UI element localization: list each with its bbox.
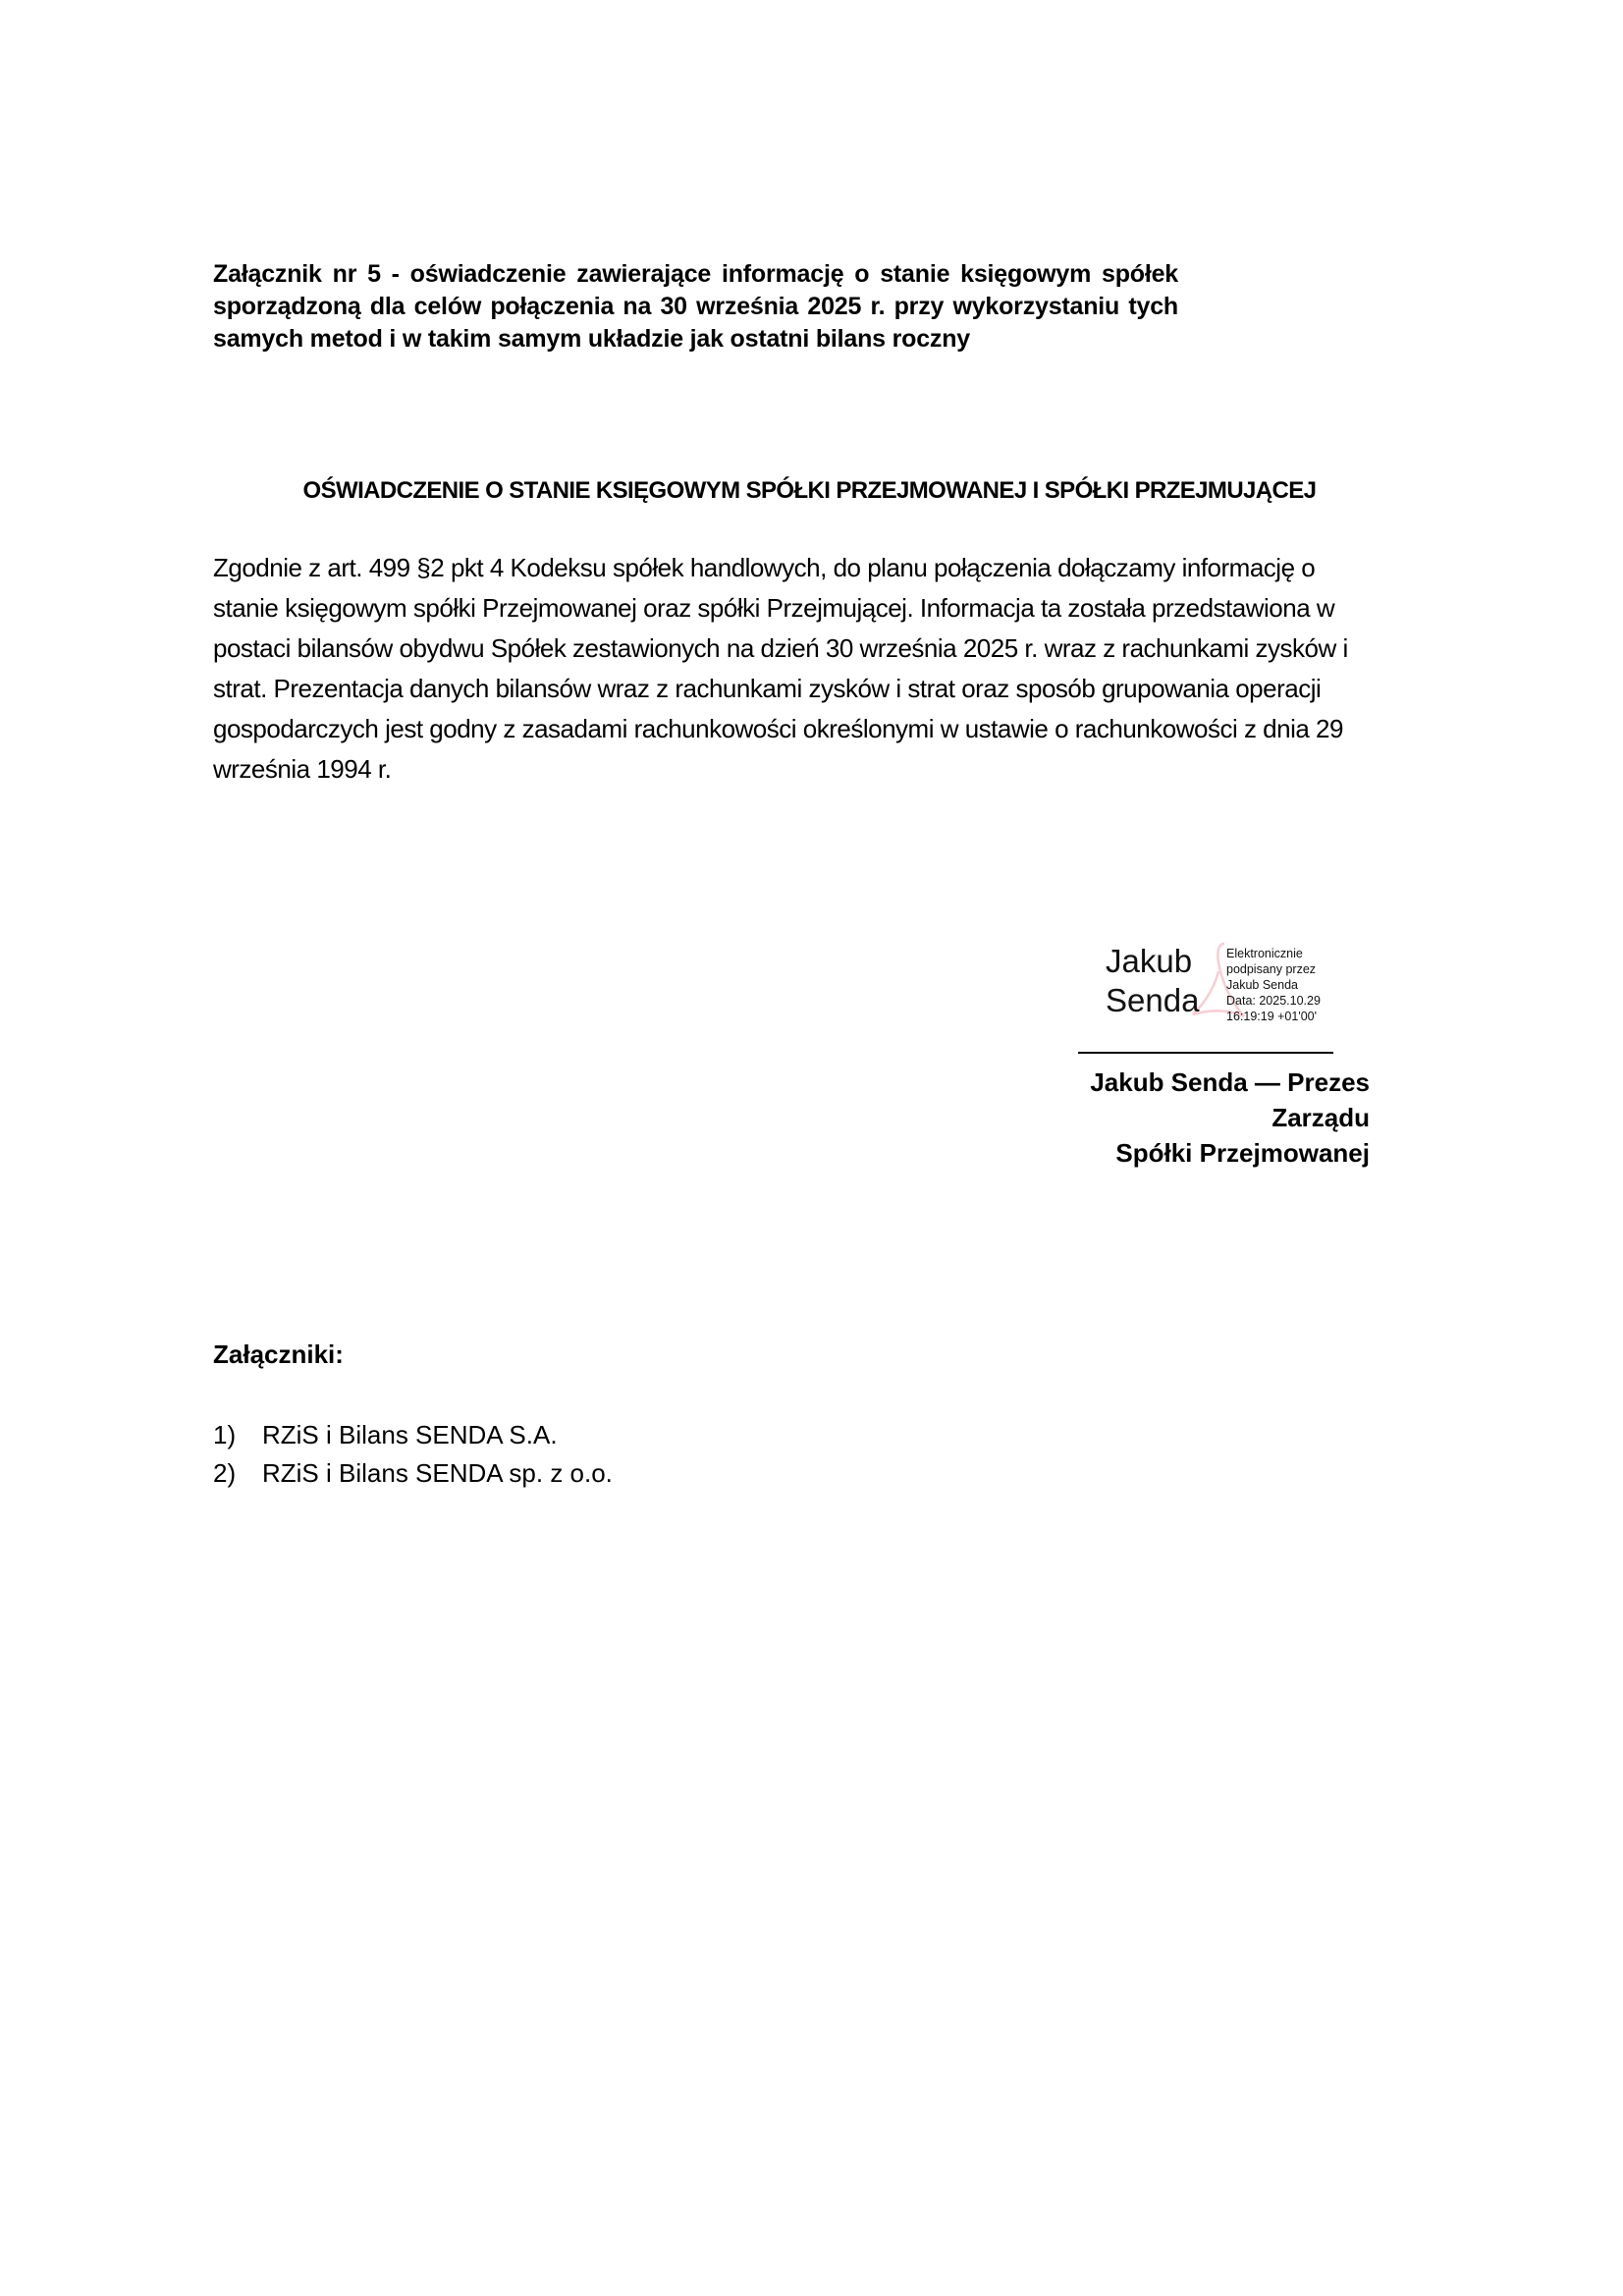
signature-line: [1078, 1052, 1333, 1054]
electronic-signature-stamp[interactable]: Jakub Senda Elektronicznie podpisany prz…: [1095, 938, 1350, 1036]
body-line: strat. Prezentacja danych bilansów wraz …: [213, 669, 1489, 709]
signatory-line: Jakub Senda — Prezes: [1041, 1065, 1370, 1100]
attachment-item: 1) RZiS i Bilans SENDA S.A.: [213, 1416, 613, 1454]
stamp-name-first: Jakub: [1106, 942, 1199, 981]
attachment-item: 2) RZiS i Bilans SENDA sp. z o.o.: [213, 1454, 613, 1493]
stamp-detail-line: 16:19:19 +01'00': [1226, 1009, 1321, 1024]
stamp-detail-line: Jakub Senda: [1226, 977, 1321, 993]
body-line: Zgodnie z art. 499 §2 pkt 4 Kodeksu spół…: [213, 548, 1489, 588]
signatory-line: Zarządu: [1041, 1100, 1370, 1135]
body-line: stanie księgowym spółki Przejmowanej ora…: [213, 588, 1489, 629]
statement-body: Zgodnie z art. 499 §2 pkt 4 Kodeksu spół…: [213, 548, 1489, 790]
stamp-detail-line: Data: 2025.10.29: [1226, 993, 1321, 1009]
stamp-details: Elektronicznie podpisany przez Jakub Sen…: [1226, 946, 1321, 1024]
attachment-label: RZiS i Bilans SENDA S.A.: [262, 1416, 558, 1454]
stamp-detail-line: Elektronicznie: [1226, 946, 1321, 961]
attachments-heading: Załączniki:: [213, 1338, 344, 1371]
body-line: gospodarczych jest godny z zasadami rach…: [213, 709, 1489, 749]
attachment-label: RZiS i Bilans SENDA sp. z o.o.: [262, 1454, 613, 1493]
document-page: Załącznik nr 5 - oświadczenie zawierając…: [0, 0, 1623, 2296]
attachment-number: 1): [213, 1416, 262, 1454]
attachment-number: 2): [213, 1454, 262, 1493]
signatory-line: Spółki Przejmowanej: [1041, 1135, 1370, 1171]
stamp-name-last: Senda: [1106, 981, 1199, 1020]
attachments-list: 1) RZiS i Bilans SENDA S.A. 2) RZiS i Bi…: [213, 1416, 613, 1493]
stamp-signer-name: Jakub Senda: [1106, 942, 1199, 1020]
annex-heading: Załącznik nr 5 - oświadczenie zawierając…: [213, 258, 1178, 355]
document-title: OŚWIADCZENIE O STANIE KSIĘGOWYM SPÓŁKI P…: [213, 475, 1406, 507]
stamp-detail-line: podpisany przez: [1226, 961, 1321, 977]
body-line: postaci bilansów obydwu Spółek zestawion…: [213, 629, 1489, 669]
signatory-block: Jakub Senda — Prezes Zarządu Spółki Prze…: [1041, 1065, 1370, 1171]
body-line: września 1994 r.: [213, 749, 1489, 790]
